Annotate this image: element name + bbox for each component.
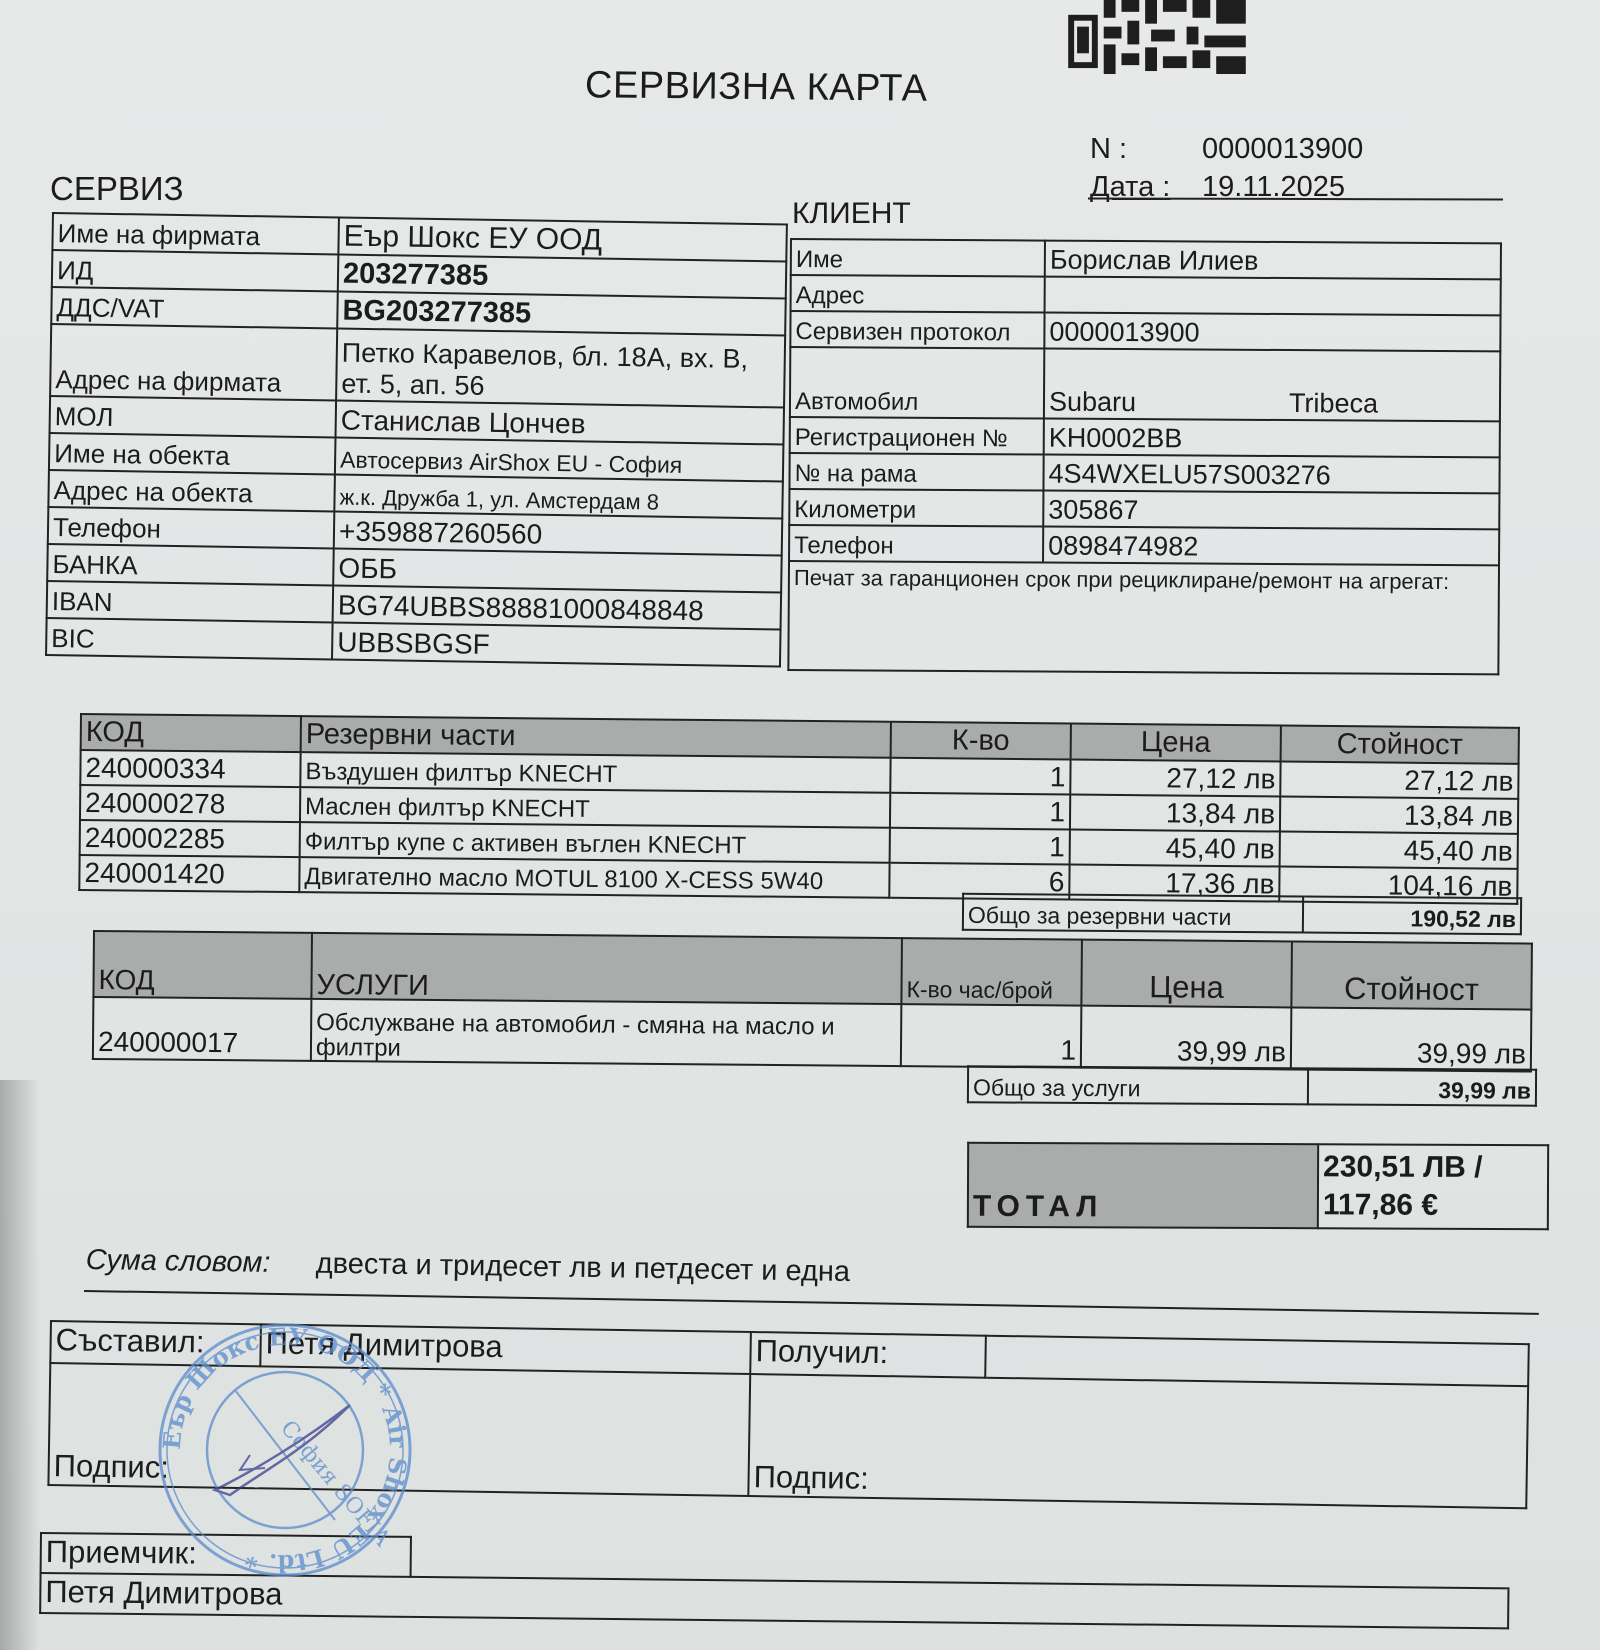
- services-subtotal: Общо за услуги 39,99 лв: [967, 1065, 1537, 1106]
- part-price: 13,84 лв: [1070, 795, 1280, 832]
- total-bgn: 230,51 ЛВ /: [1323, 1148, 1543, 1187]
- service-label: ДДС/VAT: [51, 287, 338, 328]
- services-header-code: КОД: [93, 931, 312, 999]
- received-signature: Подпис:: [748, 1374, 1528, 1508]
- service-label: Име на обекта: [49, 433, 336, 474]
- client-value: [1045, 277, 1501, 316]
- service-label: IBAN: [47, 581, 334, 622]
- document-number: 0000013900: [1202, 130, 1363, 168]
- page-shadow: [0, 1080, 40, 1650]
- client-value: 4S4WXELU57S003276: [1043, 455, 1499, 494]
- part-price: 45,40 лв: [1070, 830, 1280, 867]
- total-value: 230,51 ЛВ / 117,86 €: [1318, 1144, 1548, 1229]
- service-label: МОЛ: [50, 396, 337, 437]
- qr-code-icon: [1068, 0, 1246, 74]
- part-code: 240000334: [80, 750, 300, 787]
- part-amount: 27,12 лв: [1280, 762, 1518, 799]
- part-qty: 1: [890, 793, 1070, 830]
- client-label: Регистрационен №: [790, 417, 1044, 455]
- service-qty: 1: [901, 1004, 1082, 1068]
- parts-header-name: Резервни части: [301, 716, 891, 758]
- parts-subtotal-value: 190,52 лв: [1303, 896, 1521, 934]
- service-label: ИД: [52, 250, 339, 291]
- part-code: 240000278: [80, 785, 300, 822]
- parts-subtotal-label: Общо за резервни части: [963, 894, 1303, 933]
- part-code: 240001420: [79, 855, 299, 892]
- number-label: N :: [1090, 130, 1202, 168]
- services-header-qty: К-во час/брой: [901, 938, 1082, 1006]
- receiver-label: Приемчик:: [41, 1533, 411, 1577]
- part-code: 240002285: [80, 820, 300, 857]
- service-label: Адрес на обекта: [48, 470, 335, 511]
- part-qty: 1: [890, 828, 1070, 865]
- received-by-label: Получил:: [750, 1332, 986, 1378]
- client-value: 0000013900: [1044, 313, 1500, 352]
- services-header-price: Цена: [1081, 940, 1292, 1008]
- client-label: Километри: [789, 489, 1043, 527]
- client-value: KH0002BB: [1044, 419, 1500, 458]
- client-label: Име: [791, 239, 1045, 277]
- client-heading: КЛИЕНТ: [792, 197, 911, 231]
- service-name: Обслужване на автомобил - смяна на масло…: [311, 999, 902, 1066]
- vehicle-model: Tribeca: [1289, 388, 1378, 419]
- total-label: ТОТАЛ: [968, 1143, 1318, 1229]
- service-label: Адрес на фирмата: [50, 324, 337, 400]
- client-vehicle: SubaruTribeca: [1044, 349, 1500, 422]
- service-label: Име на фирмата: [52, 213, 339, 254]
- part-name: Двигателно масло MOTUL 8100 X-CESS 5W40: [299, 857, 889, 898]
- service-value: UBBSBGSF: [332, 622, 781, 666]
- date-label: Дата :: [1090, 168, 1202, 206]
- services-header-amount: Стойност: [1291, 941, 1532, 1009]
- document-meta: N : 0000013900 Дата : 19.11.2025: [1090, 130, 1363, 206]
- client-label: Автомобил: [790, 347, 1044, 419]
- parts-subtotal: Общо за резервни части 190,52 лв: [962, 893, 1522, 935]
- parts-header-qty: К-во: [891, 722, 1071, 760]
- part-name: Филтър купе с активен въглен KNECHT: [300, 822, 890, 863]
- service-label: Телефон: [48, 507, 335, 548]
- services-subtotal-label: Общо за услуги: [968, 1066, 1308, 1104]
- document-date: 19.11.2025: [1202, 168, 1345, 206]
- part-price: 27,12 лв: [1070, 760, 1280, 797]
- part-name: Въздушен филтър KNECHT: [300, 752, 890, 793]
- service-code: 240000017: [93, 997, 312, 1061]
- amount-in-words-label: Сума словом:: [85, 1244, 315, 1281]
- client-label: № на рама: [789, 453, 1043, 491]
- part-name: Маслен филтър KNECHT: [300, 787, 890, 828]
- services-table: КОД УСЛУГИ К-во час/брой Цена Стойност 2…: [92, 930, 1533, 1073]
- client-label: Телефон: [789, 525, 1043, 563]
- service-details-table: Име на фирматаЕър Шокс ЕУ ООД ИД20327738…: [45, 212, 788, 668]
- client-value: 0898474982: [1043, 527, 1499, 566]
- grand-total: ТОТАЛ 230,51 ЛВ / 117,86 €: [967, 1142, 1549, 1231]
- table-row: 240000017 Обслужване на автомобил - смян…: [93, 997, 1531, 1072]
- signature-label: Подпис:: [53, 1448, 169, 1485]
- parts-header-amount: Стойност: [1281, 726, 1519, 764]
- parts-table: КОД Резервни части К-во Цена Стойност 24…: [78, 713, 1520, 905]
- signatures-table: Съставил: Петя Димитрова Получил: Подпис…: [47, 1320, 1529, 1509]
- total-eur: 117,86 €: [1323, 1186, 1543, 1225]
- document-title: СЕРВИЗНА КАРТА: [585, 64, 928, 111]
- warranty-note: Печат за гаранционен срок при рециклиран…: [788, 561, 1499, 674]
- parts-header-price: Цена: [1071, 724, 1281, 762]
- compiled-signature: Подпис:: [48, 1363, 750, 1496]
- service-price: 39,99 лв: [1081, 1006, 1292, 1070]
- service-value: Петко Каравелов, бл. 18А, вх. В, ет. 5, …: [336, 328, 785, 407]
- services-header-name: УСЛУГИ: [311, 933, 902, 1004]
- signature-label: Подпис:: [753, 1459, 869, 1496]
- service-amount: 39,99 лв: [1291, 1007, 1532, 1071]
- client-label: Сервизен протокол: [790, 311, 1044, 349]
- vehicle-make: Subaru: [1049, 387, 1289, 419]
- client-value: 305867: [1043, 491, 1499, 530]
- receiver-table: Приемчик: Петя Димитрова: [39, 1532, 1510, 1629]
- services-subtotal-value: 39,99 лв: [1308, 1068, 1536, 1105]
- client-label: Адрес: [791, 275, 1045, 313]
- service-label: BIC: [46, 618, 333, 659]
- part-amount: 13,84 лв: [1280, 797, 1518, 834]
- service-heading: СЕРВИЗ: [50, 170, 184, 208]
- parts-header-code: КОД: [81, 714, 301, 752]
- client-value: Борислав Илиев: [1045, 241, 1501, 280]
- compiled-by-label: Съставил:: [50, 1321, 261, 1366]
- part-qty: 1: [890, 758, 1070, 795]
- client-details-table: ИмеБорислав Илиев Адрес Сервизен протоко…: [787, 238, 1502, 675]
- service-label: БАНКА: [47, 544, 334, 585]
- part-amount: 45,40 лв: [1280, 832, 1518, 869]
